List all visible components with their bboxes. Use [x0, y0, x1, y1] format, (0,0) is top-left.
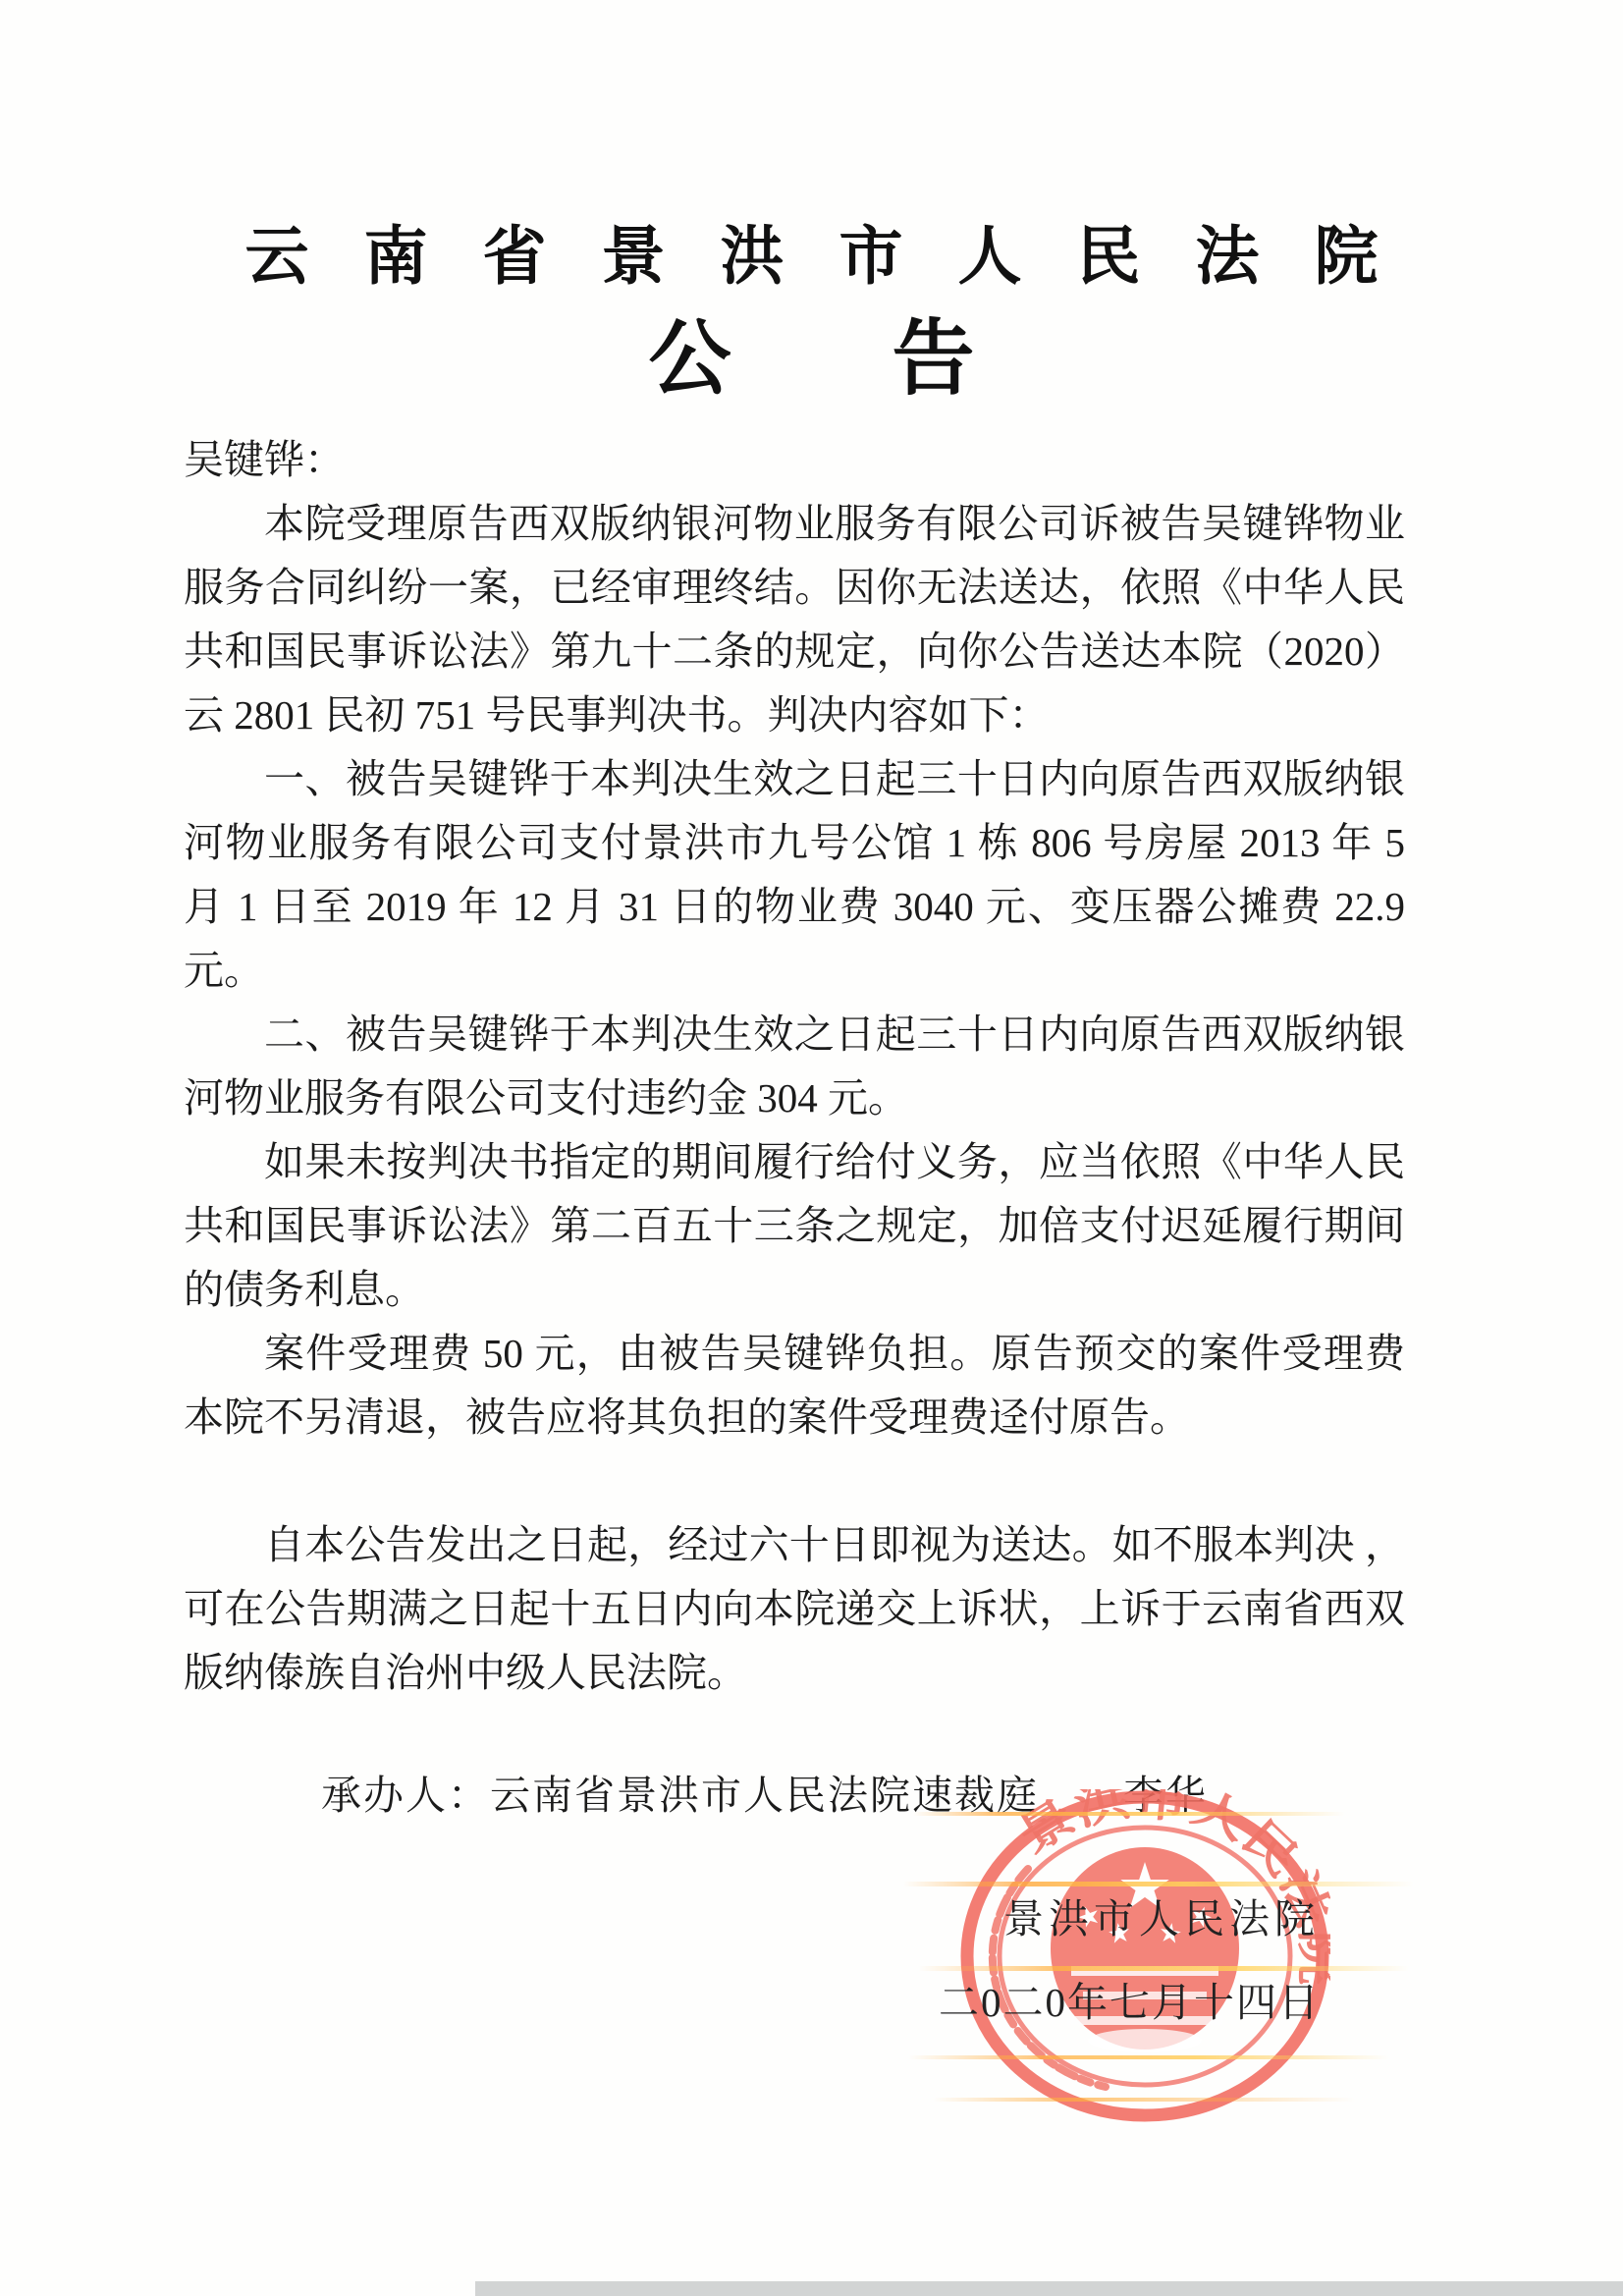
court-title: 云南省景洪市人民法院	[0, 204, 1623, 297]
paragraph-late-performance: 如果未按判决书指定的期间履行给付义务，应当依照《中华人民共和国民事诉讼法》第二百…	[184, 1130, 1405, 1322]
signature-date: 二0二0年七月十四日	[939, 1970, 1321, 2028]
body-text: 吴键铧： 本院受理原告西双版纳银河物业服务有限公司诉被告吴键铧物业服务合同纠纷一…	[184, 428, 1405, 1828]
court-seal: 景洪市人民法院	[959, 1789, 1330, 2124]
paragraph-judgment-item-2: 二、被告吴键铧于本判决生效之日起三十日内向原告西双版纳银河物业服务有限公司支付违…	[184, 1003, 1405, 1130]
signature-court-name: 景洪市人民法院	[1003, 1886, 1320, 1944]
notice-title: 公 告	[0, 293, 1623, 411]
announcement-page: 云南省景洪市人民法院 公 告 吴键铧： 本院受理原告西双版纳银河物业服务有限公司…	[0, 0, 1623, 2296]
paragraph-case-intro: 本院受理原告西双版纳银河物业服务有限公司诉被告吴键铧物业服务合同纠纷一案，已经审…	[184, 492, 1405, 747]
scan-edge-artifact	[475, 2281, 1623, 2296]
paragraph-appeal-notice: 自本公告发出之日起，经过六十日即视为送达。如不服本判决 ，可在公告期满之日起十五…	[184, 1513, 1405, 1705]
recipient-name: 吴键铧：	[184, 428, 1405, 492]
paragraph-judgment-item-1: 一、被告吴键铧于本判决生效之日起三十日内向原告西双版纳银河物业服务有限公司支付景…	[184, 747, 1405, 1003]
paragraph-court-fee: 案件受理费 50 元，由被告吴键铧负担。原告预交的案件受理费本院不另清退，被告应…	[184, 1322, 1405, 1449]
